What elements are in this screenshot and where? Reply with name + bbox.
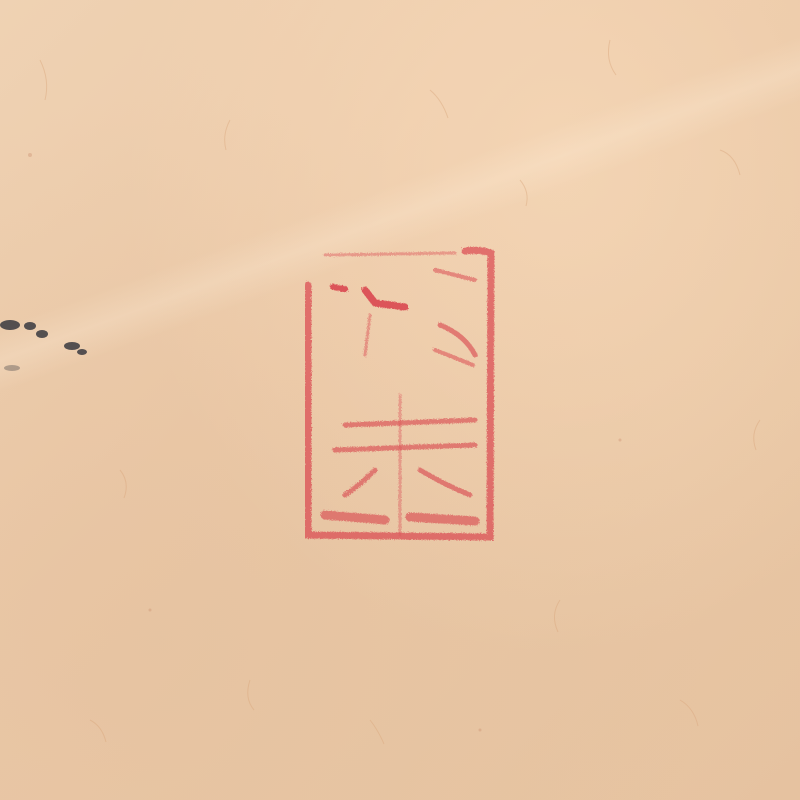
paper-background [0, 0, 800, 800]
ink-brush-strokes [0, 300, 120, 390]
red-seal [305, 245, 495, 545]
